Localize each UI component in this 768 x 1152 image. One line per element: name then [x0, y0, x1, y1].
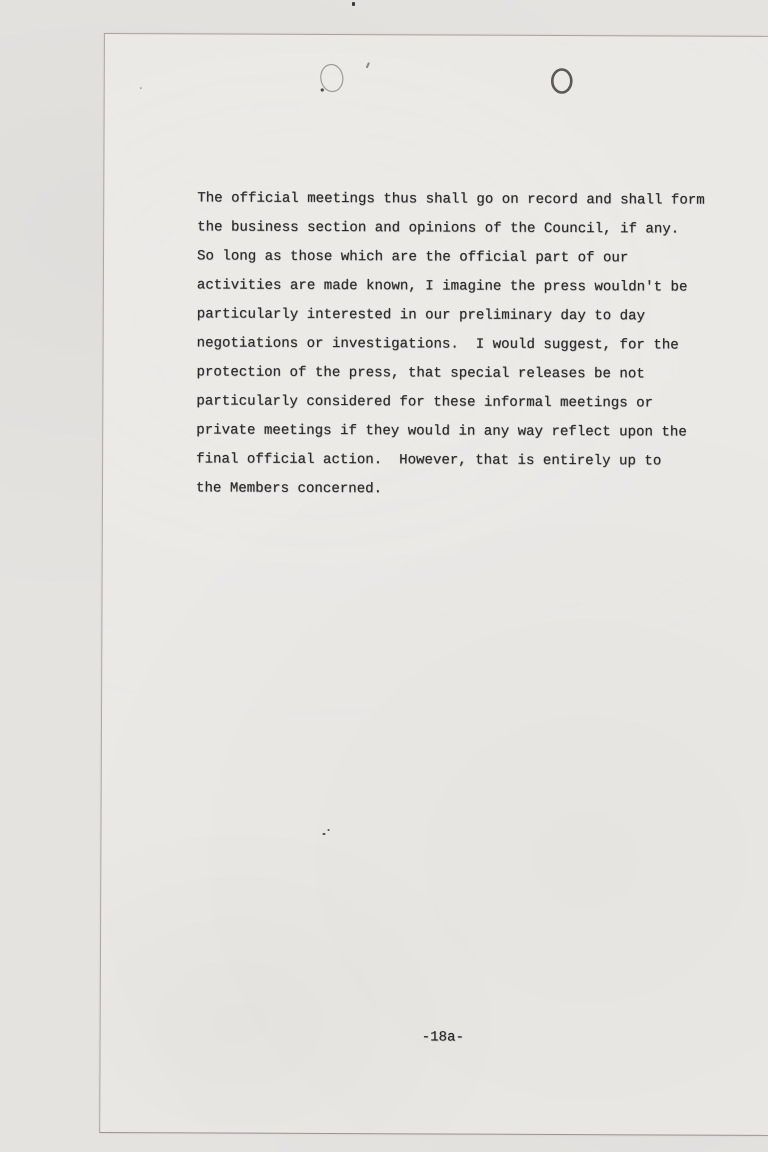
punch-hole-circle-left — [316, 61, 348, 97]
text-line: the Members concerned. — [196, 474, 756, 505]
text-line: the business section and opinions of the… — [197, 213, 757, 244]
text-line: private meetings if they would in any wa… — [196, 416, 756, 447]
text-line: The official meetings thus shall go on r… — [197, 184, 757, 215]
text-line: particularly interested in our prelimina… — [197, 300, 757, 331]
text-line: protection of the press, that special re… — [196, 358, 756, 389]
text-line: particularly considered for these inform… — [196, 387, 756, 418]
stray-double-dot-mark — [322, 829, 331, 837]
stray-speck — [352, 2, 355, 6]
document-page: The official meetings thus shall go on r… — [99, 33, 768, 1136]
typed-paragraph: The official meetings thus shall go on r… — [196, 184, 757, 505]
stray-dot — [140, 87, 142, 89]
text-line: final official action. However, that is … — [196, 445, 756, 476]
stray-tick-mark — [366, 62, 370, 68]
text-line: So long as those which are the official … — [197, 242, 757, 273]
text-line: activities are made known, I imagine the… — [197, 271, 757, 302]
text-line: negotiations or investigations. I would … — [197, 329, 757, 360]
page-number: -18a- — [422, 1023, 464, 1052]
scanned-document: { "document": { "lines": [ "The official… — [0, 0, 768, 1152]
punch-hole-circle-right — [548, 66, 576, 98]
